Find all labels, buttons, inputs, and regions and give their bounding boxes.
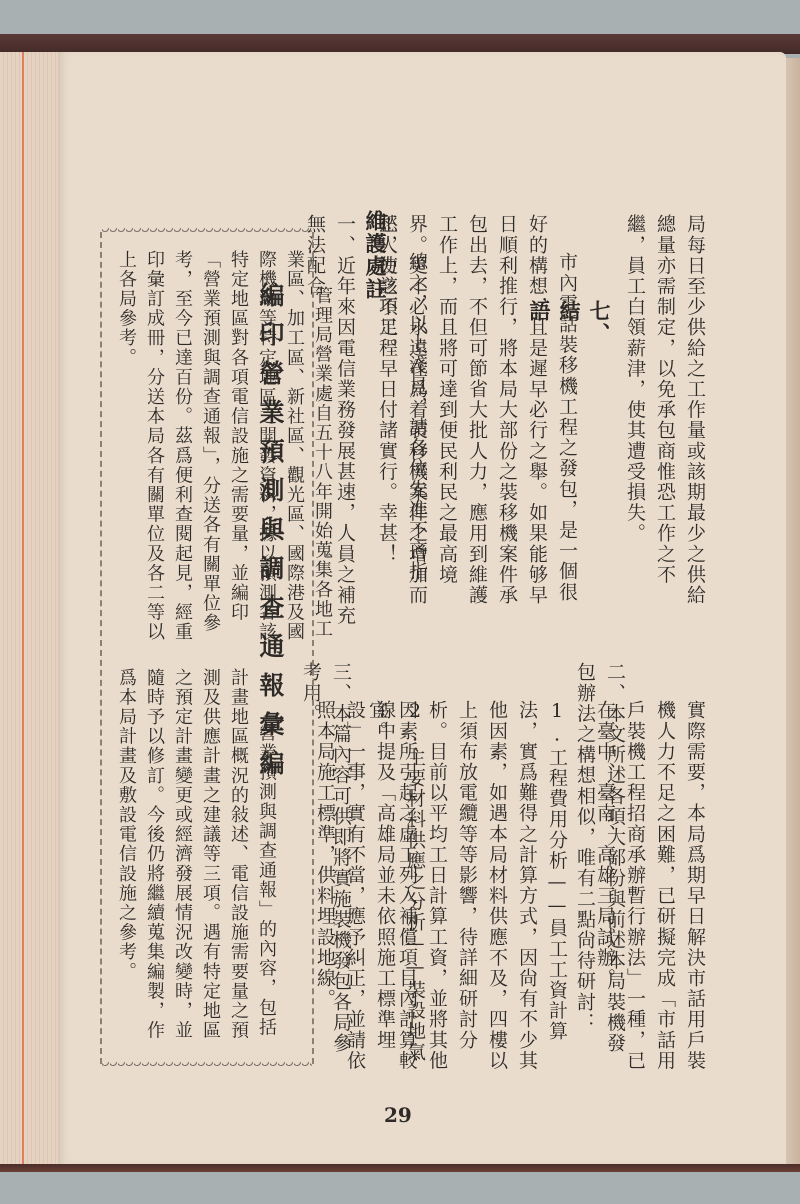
notice-box-paragraph-1: 管理局營業處自五十八年開始蒐集各地工業區、加工區、新社區、觀光區、國際港及國際機… [112, 250, 336, 650]
page-number: 29 [384, 1103, 412, 1127]
page-stack-right-edge [786, 58, 800, 1164]
paragraph-text: 二、本文所述各項大部份與前述本局裝機發包辦法之構想相似，唯有二點尙待研討： [570, 662, 630, 1072]
section-heading-maintenance-note: 維護處註 [360, 210, 390, 330]
maintenance-note-heading-block: 維護處註 [360, 210, 390, 330]
paragraph-text: 局每日至少供給之工作量或該期最少之供給總量亦需制定，以免承包商惟恐工作之不繼，員… [620, 214, 710, 614]
paragraph-text: 管理局營業處自五十八年開始蒐集各地工業區、加工區、新社區、觀光區、國際港及國際機… [112, 250, 336, 650]
item-2-intro: 二、本文所述各項大部份與前述本局裝機發包辦法之構想相似，唯有二點尙待研討： [570, 662, 630, 1072]
book-cover-top-edge [0, 34, 800, 54]
page-edge-stain [22, 52, 24, 1164]
book-cover-bottom-edge [0, 1164, 800, 1172]
page-stack-left-edge [0, 52, 58, 1164]
paragraph-text: 「營業預測與調查通報」的內容，包括計畫地區概況的敍述、電信設施需要量之預測及供應… [112, 668, 280, 1048]
notice-box-paragraph-2: 「營業預測與調查通報」的內容，包括計畫地區概況的敍述、電信設施需要量之預測及供應… [112, 668, 280, 1048]
continuation-paragraph: 局每日至少供給之工作量或該期最少之供給總量亦需制定，以免承包商惟恐工作之不繼，員… [620, 214, 710, 614]
